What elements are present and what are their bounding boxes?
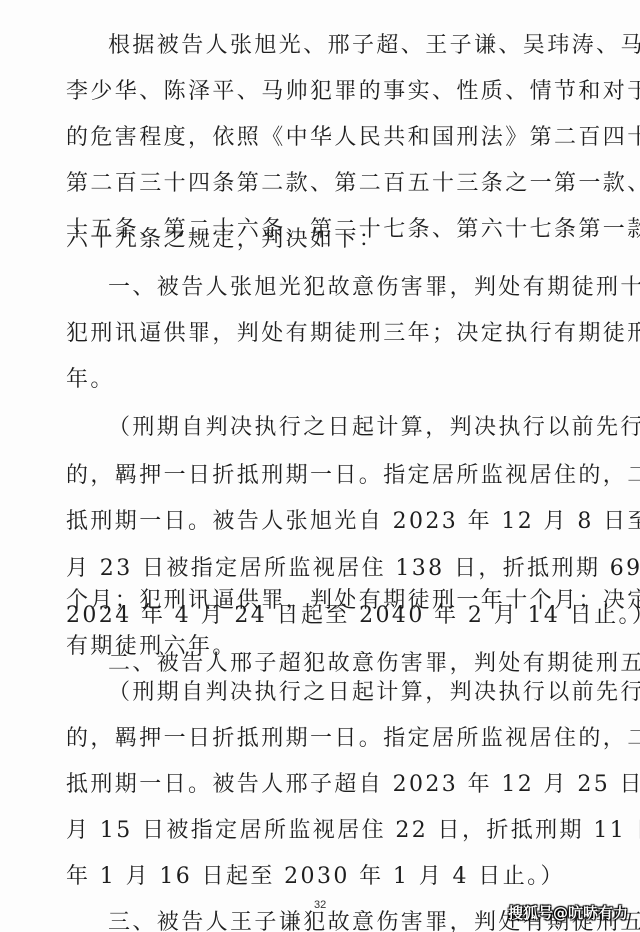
sentence-note-1-line: （刑期自判决执行之日起计算，判决执行以前先行羁押: [108, 414, 578, 442]
sentence-note-2-line: 的，羁押一日折抵刑期一日。指定居所监视居住的，二日折: [66, 725, 578, 753]
sentence-note-2-line: 月 15 日被指定居所监视居住 22 日，折抵刑期 11 日。即自 2024: [66, 817, 578, 845]
sentence-note-2-line: 年 1 月 16 日起至 2030 年 1 月 4 日止。）: [66, 863, 578, 891]
sentence-note-2-line: 抵刑期一日。被告人邢子超自 2023 年 12 月 25 日至 2024 年 1: [66, 771, 578, 799]
sentence-note-2-line: （刑期自判决执行之日起计算，判决执行以前先行羁押: [108, 679, 578, 707]
document-page: 根据被告人张旭光、邢子超、王子谦、吴玮涛、马林炫、 李少华、陈泽平、马帅犯罪的事…: [0, 0, 640, 932]
verdict-item-1-line: 犯刑讯逼供罪，判处有期徒刑三年；决定执行有期徒刑十六: [66, 320, 578, 348]
sentence-note-1-line: 抵刑期一日。被告人张旭光自 2023 年 12 月 8 日至 2024 年 4: [66, 508, 578, 536]
paragraph-line: 第二百三十四条第二款、第二百五十三条之一第一款、第二: [66, 170, 578, 198]
paragraph-line: 根据被告人张旭光、邢子超、王子谦、吴玮涛、马林炫、: [108, 32, 578, 60]
paragraph-line: 的危害程度，依照《中华人民共和国刑法》第二百四十七条、: [66, 124, 578, 152]
paragraph-line: 六十九条之规定，判决如下：: [66, 226, 578, 254]
page-number: 32: [314, 899, 326, 911]
sentence-note-1-line: 的，羁押一日折抵刑期一日。指定居所监视居住的，二日折: [66, 462, 578, 490]
verdict-item-1-line: 年。: [66, 366, 578, 394]
verdict-item-2-line: 个月；犯刑讯逼供罪，判处有期徒刑一年十个月；决定执行: [66, 587, 578, 615]
paragraph-line: 李少华、陈泽平、马帅犯罪的事实、性质、情节和对于社会: [66, 78, 578, 106]
verdict-item-2-line: 有期徒刑六年。: [66, 633, 578, 661]
sentence-note-1-line: 月 23 日被指定居所监视居住 138 日，折抵刑期 69 日。即自: [66, 555, 578, 583]
verdict-item-1-line: 一、被告人张旭光犯故意伤害罪，判处有期徒刑十五年；: [108, 274, 578, 302]
sohu-watermark: 搜狐号@吭哧有力: [508, 902, 628, 923]
